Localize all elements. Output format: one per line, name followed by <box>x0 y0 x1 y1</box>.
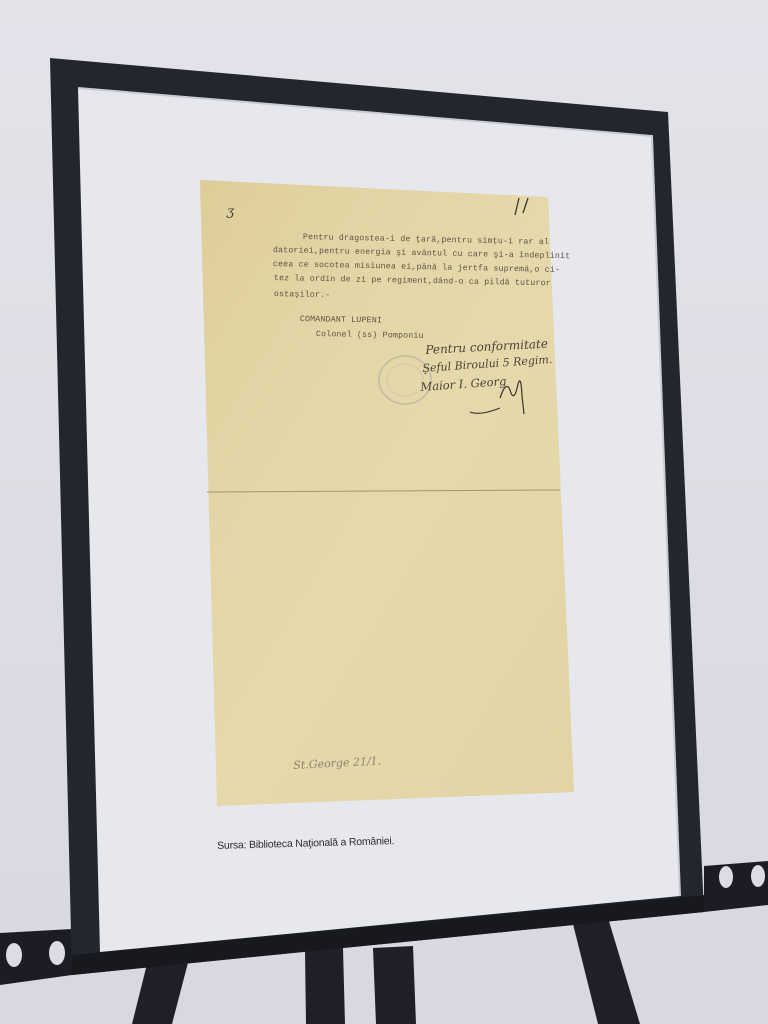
easel-bar-left <box>0 929 72 985</box>
scene-graphics <box>0 0 768 1024</box>
page-marker: ʒ <box>226 204 234 219</box>
body-line: ostaşilor.- <box>274 290 331 300</box>
signature-title: COMANDANT LUPENI <box>300 315 382 325</box>
easel-bar-right <box>704 861 768 912</box>
signature-name: Colonel (ss) Pomponiu <box>316 330 424 341</box>
